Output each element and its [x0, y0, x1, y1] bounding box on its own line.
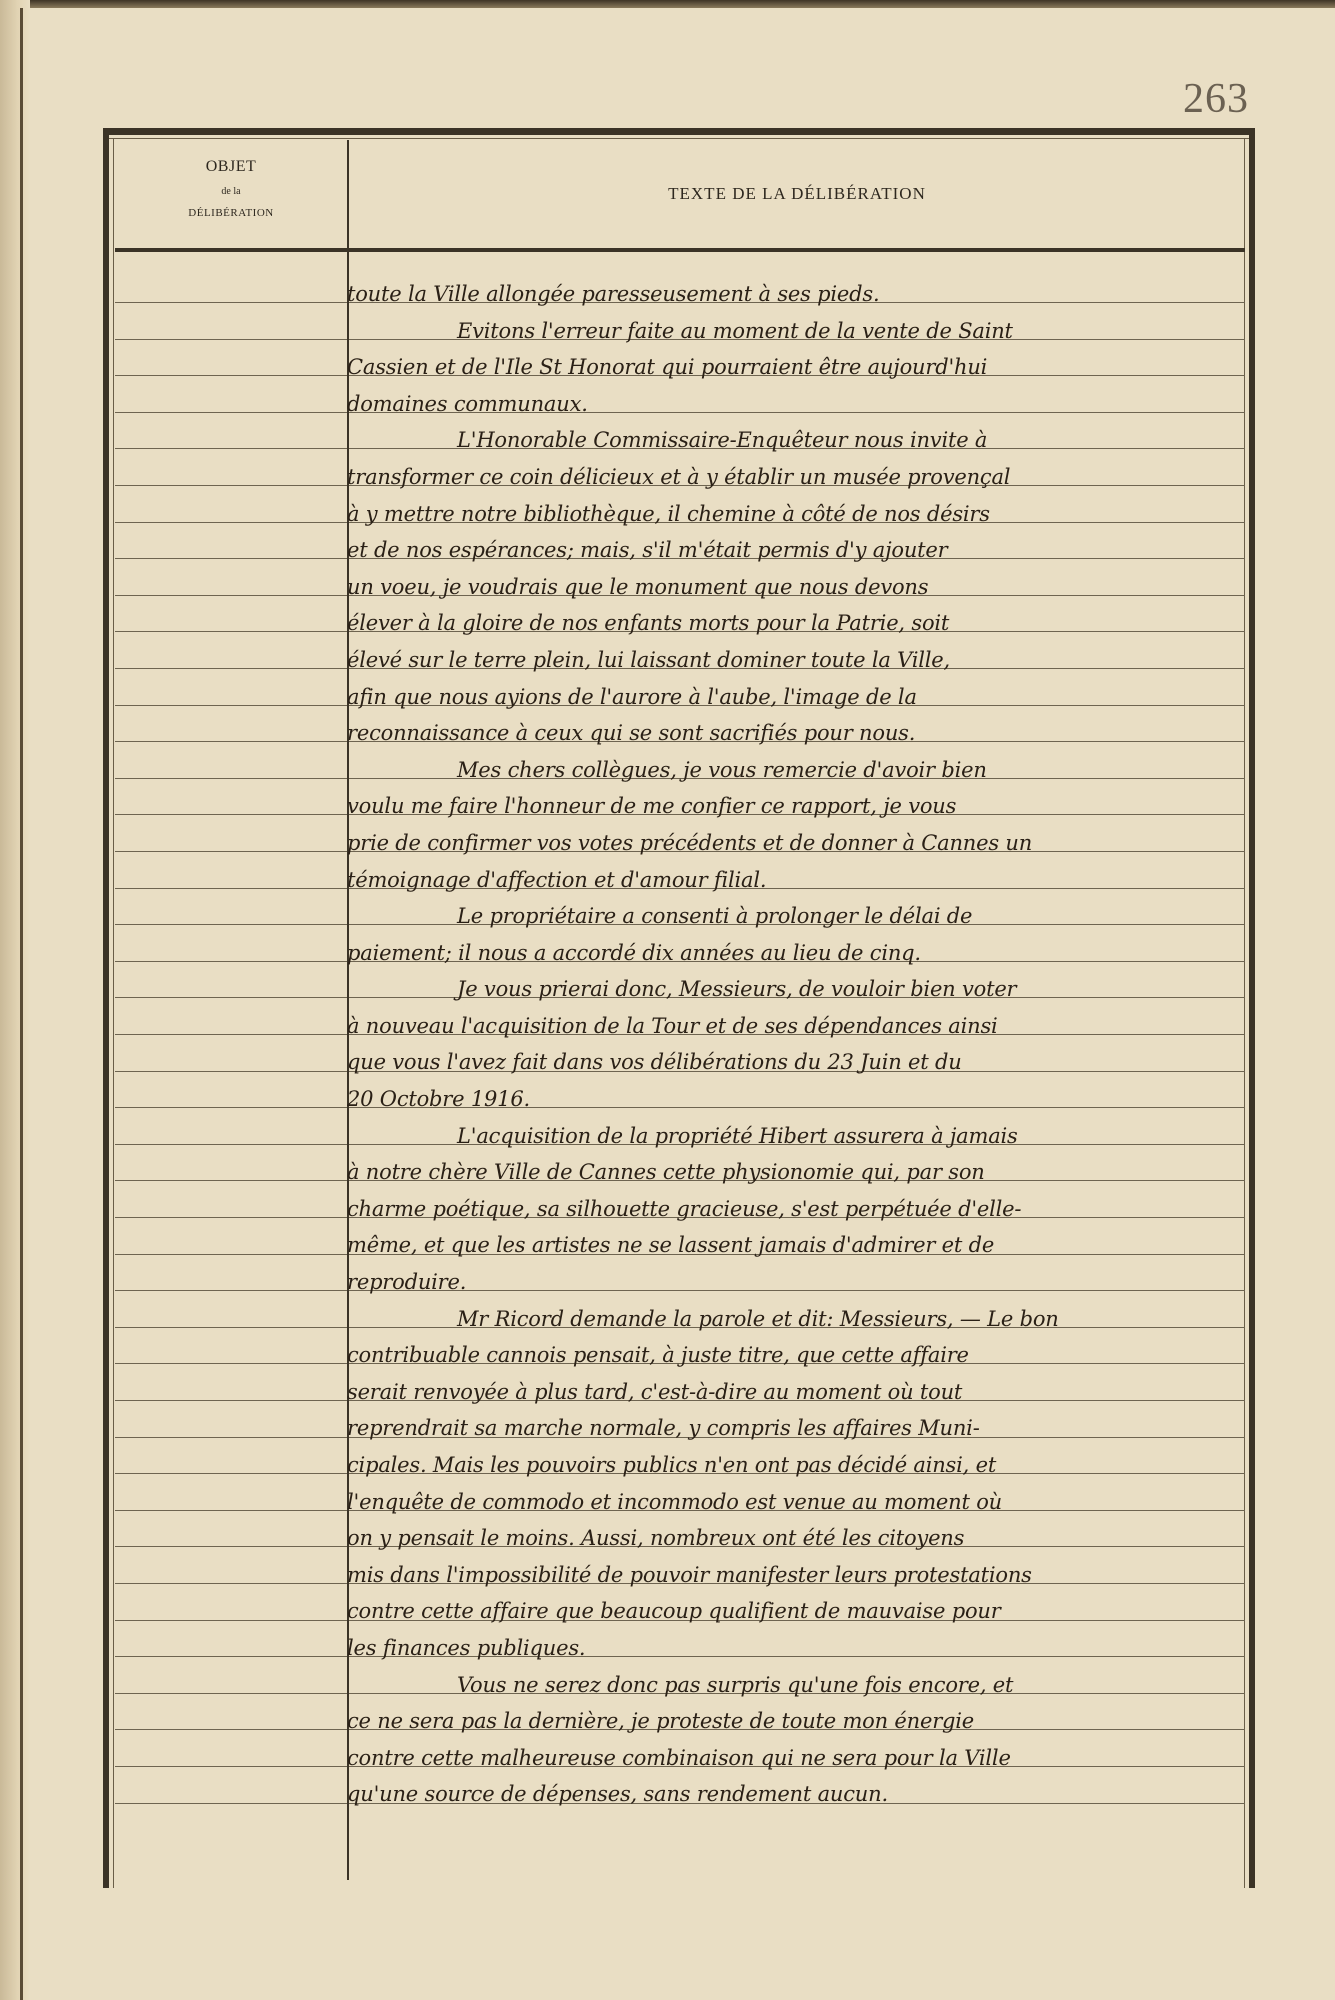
- header-objet-column: OBJET de la DÉLIBÉRATION: [115, 142, 347, 246]
- text-line: ce ne sera pas la dernière, je proteste …: [347, 1703, 1242, 1740]
- text-line: charme poétique, sa silhouette gracieuse…: [347, 1191, 1242, 1228]
- ruled-line-left: [115, 741, 347, 742]
- text-line: que vous l'avez fait dans vos délibérati…: [347, 1044, 1242, 1081]
- text-line: témoignage d'affection et d'amour filial…: [347, 862, 1242, 899]
- ruled-line-left: [115, 1363, 347, 1364]
- ruled-line-left: [115, 1327, 347, 1328]
- text-line: serait renvoyée à plus tard, c'est-à-dir…: [347, 1374, 1242, 1411]
- text-line: reprendrait sa marche normale, y compris…: [347, 1410, 1242, 1447]
- ruled-line-left: [115, 1803, 347, 1804]
- frame-top-border: [103, 128, 1255, 135]
- ruled-line-left: [115, 1546, 347, 1547]
- text-line: élevé sur le terre plein, lui laissant d…: [347, 642, 1242, 679]
- text-line: même, et que les artistes ne se lassent …: [347, 1227, 1242, 1264]
- frame-left-border: [103, 128, 109, 1888]
- ruled-line-left: [115, 1254, 347, 1255]
- header-objet-caption: DÉLIBÉRATION: [115, 207, 347, 219]
- ruled-line-left: [115, 1766, 347, 1767]
- text-line: voulu me faire l'honneur de me confier c…: [347, 788, 1242, 825]
- text-line: toute la Ville allongée paresseusement à…: [347, 276, 1242, 313]
- text-line: domaines communaux.: [347, 386, 1242, 423]
- frame-top-inner-border: [109, 138, 1249, 139]
- text-line: l'enquête de commodo et incommodo est ve…: [347, 1484, 1242, 1521]
- text-line: à nouveau l'acquisition de la Tour et de…: [347, 1008, 1242, 1045]
- text-line: on y pensait le moins. Aussi, nombreux o…: [347, 1520, 1242, 1557]
- ruled-line-left: [115, 1107, 347, 1108]
- ruled-line-left: [115, 997, 347, 998]
- text-line: contre cette affaire que beaucoup qualif…: [347, 1593, 1242, 1630]
- ruled-line-left: [115, 888, 347, 889]
- text-line: L'Honorable Commissaire-Enquêteur nous i…: [347, 422, 1242, 459]
- text-line: transformer ce coin délicieux et à y éta…: [347, 459, 1242, 496]
- ruled-line-left: [115, 1071, 347, 1072]
- ruled-line-left: [115, 1510, 347, 1511]
- frame-right-border: [1249, 128, 1255, 1888]
- text-line: afin que nous ayions de l'aurore à l'aub…: [347, 679, 1242, 716]
- deliberation-text: toute la Ville allongée paresseusement à…: [347, 276, 1242, 1813]
- ruled-line-left: [115, 1144, 347, 1145]
- ruled-line-left: [115, 558, 347, 559]
- text-line: cipales. Mais les pouvoirs publics n'en …: [347, 1447, 1242, 1484]
- text-line: Cassien et de l'Ile St Honorat qui pourr…: [347, 349, 1242, 386]
- header-objet-title: OBJET: [115, 158, 347, 176]
- header-objet-subtitle: de la: [115, 186, 347, 197]
- ruled-line-left: [115, 1729, 347, 1730]
- ruled-line-left: [115, 1656, 347, 1657]
- ruled-line-left: [115, 448, 347, 449]
- ruled-line-left: [115, 1437, 347, 1438]
- ruled-line-left: [115, 1473, 347, 1474]
- ruled-line-left: [115, 485, 347, 486]
- ruled-line-left: [115, 961, 347, 962]
- text-line: Mes chers collègues, je vous remercie d'…: [347, 752, 1242, 789]
- text-line: mis dans l'impossibilité de pouvoir mani…: [347, 1557, 1242, 1594]
- text-line: Le propriétaire a consenti à prolonger l…: [347, 898, 1242, 935]
- ruled-line-left: [115, 595, 347, 596]
- ruled-line-left: [115, 924, 347, 925]
- ruled-line-left: [115, 668, 347, 669]
- text-line: qu'une source de dépenses, sans rendemen…: [347, 1776, 1242, 1813]
- ruled-line-left: [115, 1290, 347, 1291]
- ruled-line-left: [115, 1180, 347, 1181]
- ruled-line-left: [115, 1693, 347, 1694]
- text-line: reproduire.: [347, 1264, 1242, 1301]
- ruled-line-left: [115, 814, 347, 815]
- header-texte-column: TEXTE DE LA DÉLIBÉRATION: [349, 142, 1245, 246]
- text-line: les finances publiques.: [347, 1630, 1242, 1667]
- text-line: reconnaissance à ceux qui se sont sacrif…: [347, 715, 1242, 752]
- text-line: Evitons l'erreur faite au moment de la v…: [347, 313, 1242, 350]
- ruled-line-left: [115, 705, 347, 706]
- text-line: L'acquisition de la propriété Hibert ass…: [347, 1118, 1242, 1155]
- ruled-line-left: [115, 631, 347, 632]
- ruled-line-left: [115, 375, 347, 376]
- ruled-line-left: [115, 302, 347, 303]
- ruled-line-left: [115, 1217, 347, 1218]
- page-number: 263: [1183, 75, 1249, 123]
- ruled-line-left: [115, 1400, 347, 1401]
- text-line: à y mettre notre bibliothèque, il chemin…: [347, 496, 1242, 533]
- ruled-line-left: [115, 412, 347, 413]
- header-texte-title: TEXTE DE LA DÉLIBÉRATION: [668, 184, 926, 204]
- text-line: Je vous prierai donc, Messieurs, de voul…: [347, 971, 1242, 1008]
- ruled-line-left: [115, 1583, 347, 1584]
- text-line: Vous ne serez donc pas surpris qu'une fo…: [347, 1667, 1242, 1704]
- text-line: et de nos espérances; mais, s'il m'était…: [347, 532, 1242, 569]
- ruled-line-left: [115, 778, 347, 779]
- text-line: contribuable cannois pensait, à juste ti…: [347, 1337, 1242, 1374]
- frame-left-inner-border: [113, 138, 114, 1888]
- text-line: 20 Octobre 1916.: [347, 1081, 1242, 1118]
- text-line: paiement; il nous a accordé dix années a…: [347, 935, 1242, 972]
- text-line: prie de confirmer vos votes précédents e…: [347, 825, 1242, 862]
- ruled-line-left: [115, 851, 347, 852]
- ruled-line-left: [115, 339, 347, 340]
- ruled-line-left: [115, 1034, 347, 1035]
- text-line: élever à la gloire de nos enfants morts …: [347, 605, 1242, 642]
- book-spine-edge: [20, 8, 23, 2000]
- text-line: un voeu, je voudrais que le monument que…: [347, 569, 1242, 606]
- ruled-line-left: [115, 1620, 347, 1621]
- ruled-line-left: [115, 522, 347, 523]
- text-line: contre cette malheureuse combinaison qui…: [347, 1740, 1242, 1777]
- book-top-edge: [0, 0, 1335, 8]
- book-gutter-shadow: [0, 0, 30, 2000]
- text-line: Mr Ricord demande la parole et dit: Mess…: [347, 1301, 1242, 1338]
- text-line: à notre chère Ville de Cannes cette phys…: [347, 1154, 1242, 1191]
